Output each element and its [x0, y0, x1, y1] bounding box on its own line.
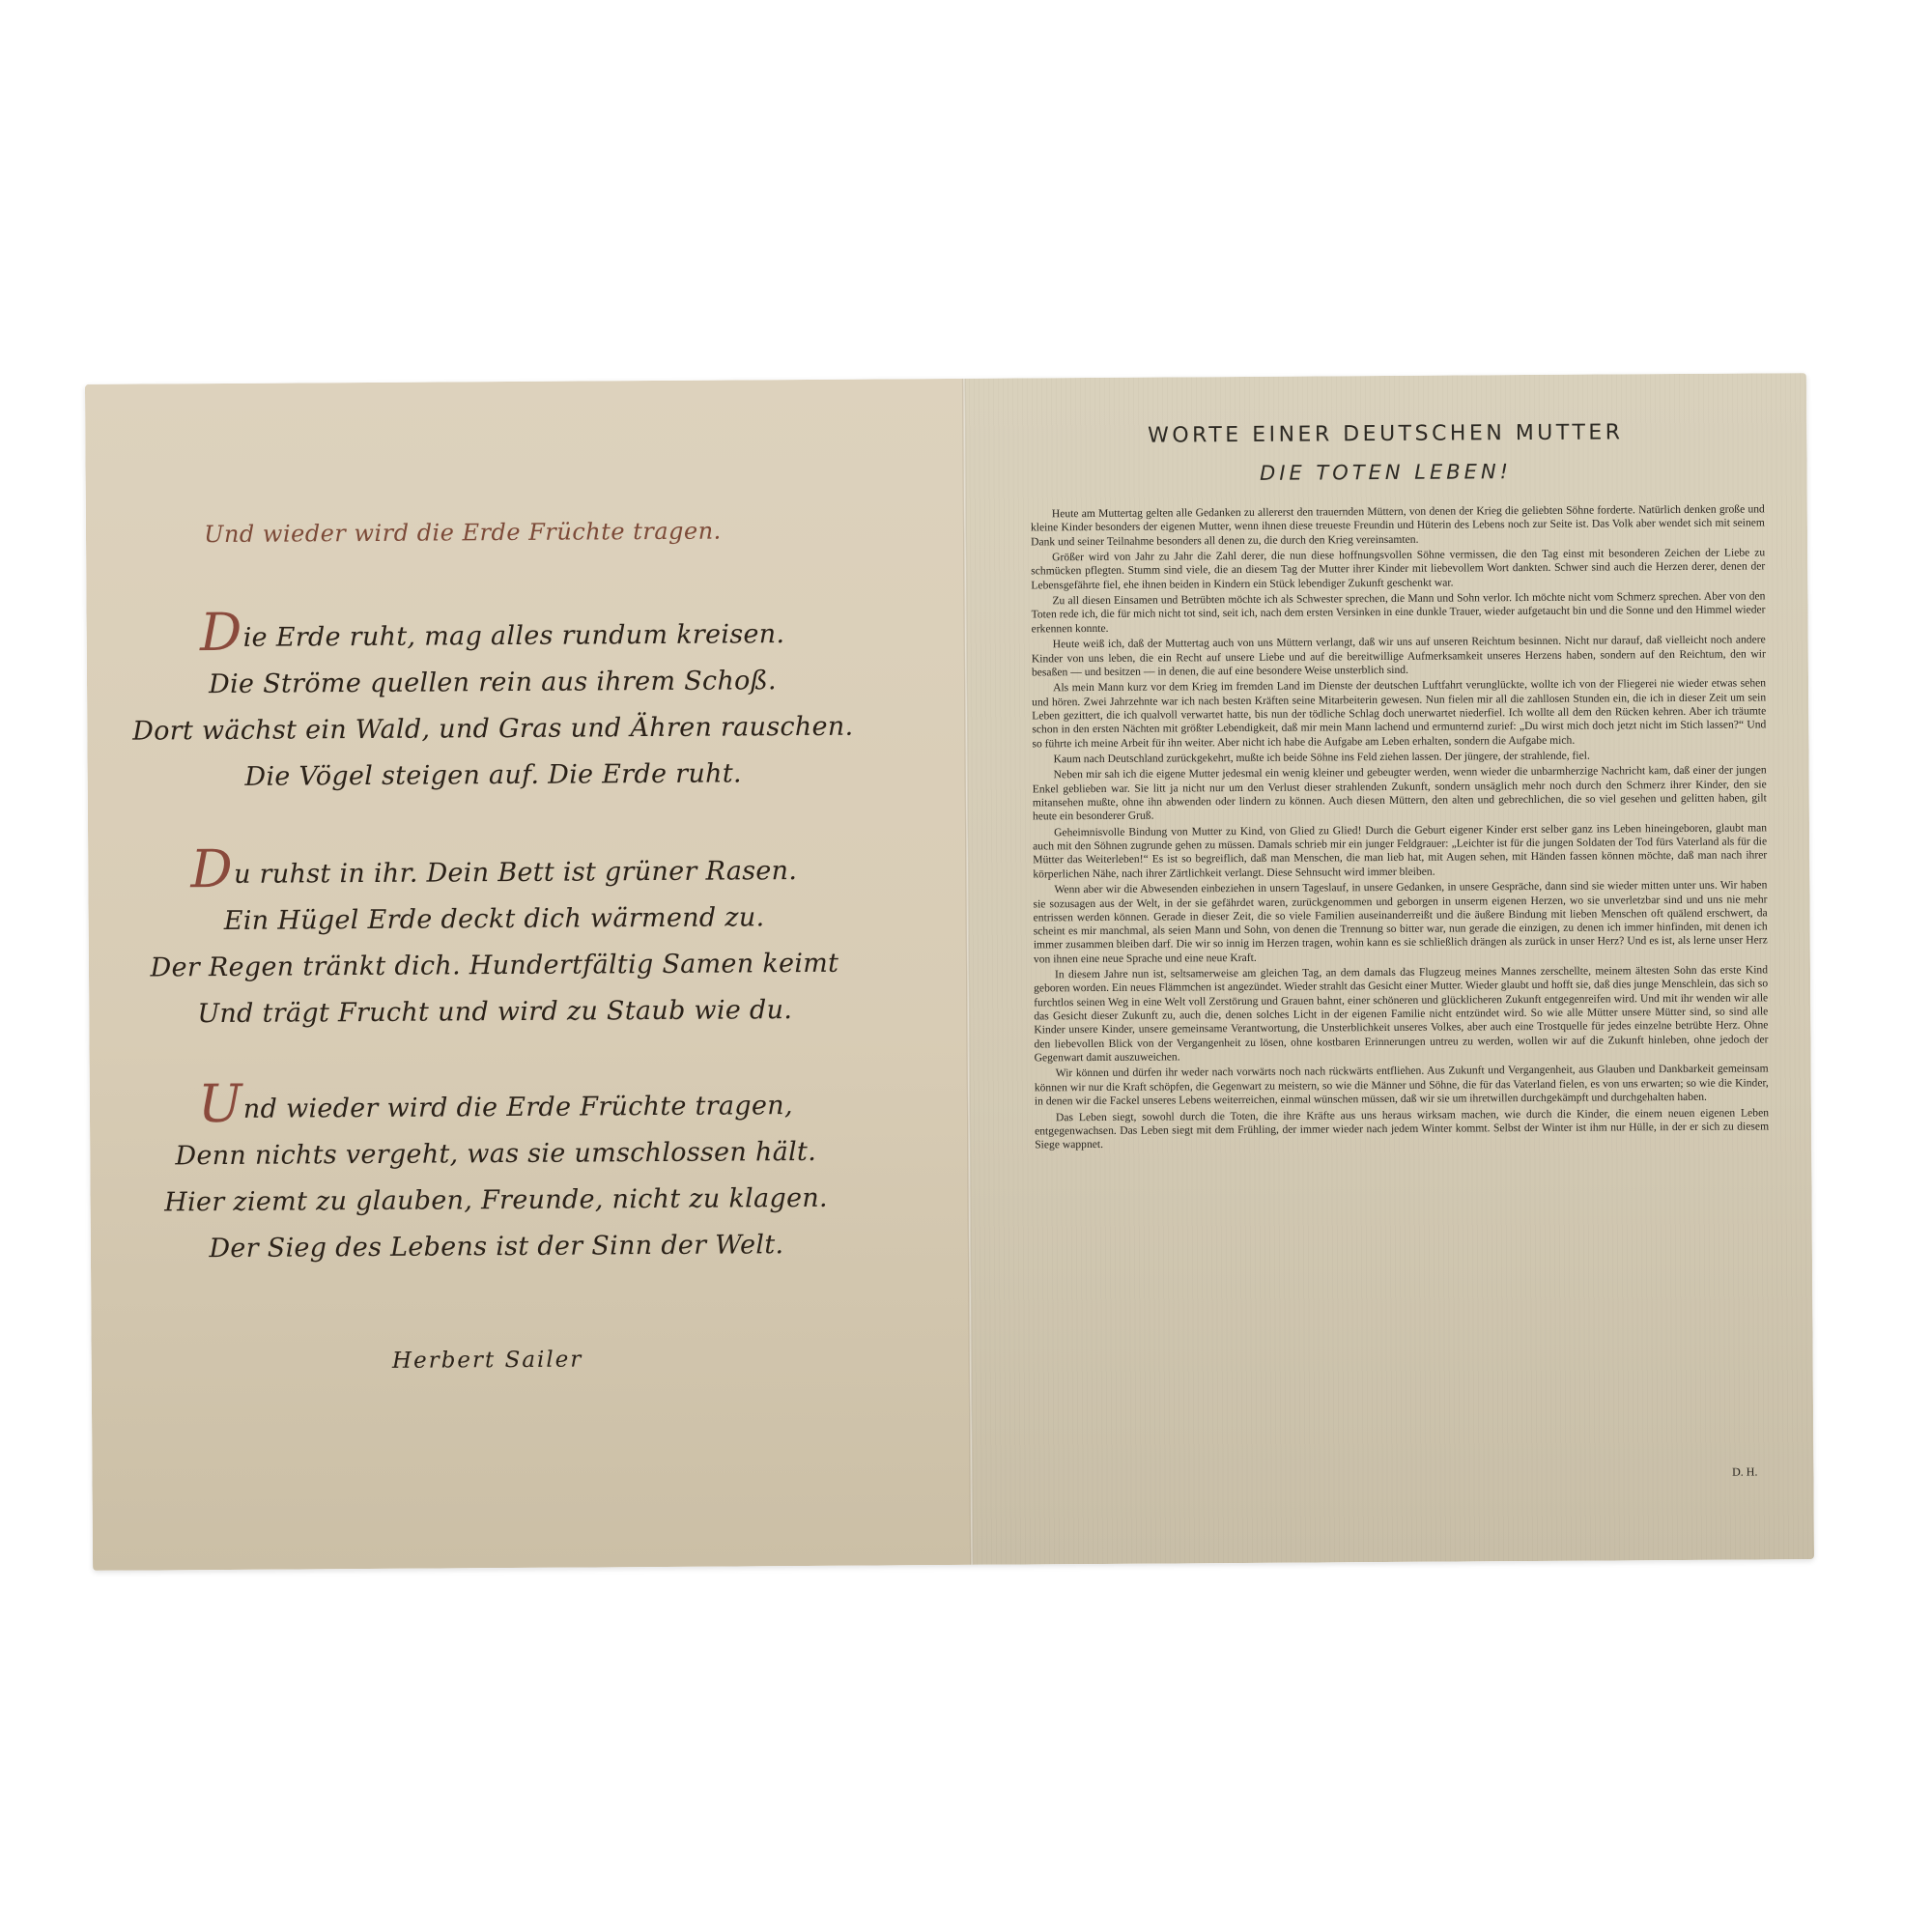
right-page-article: WORTE EINER DEUTSCHEN MUTTER DIE TOTEN L… — [964, 373, 1814, 1565]
verse-line: Und trägt Frucht und wird zu Staub wie d… — [89, 986, 900, 1038]
article-paragraph: Als mein Mann kurz vor dem Krieg im frem… — [1032, 677, 1766, 752]
article-paragraph: Heute weiß ich, daß der Muttertag auch v… — [1032, 634, 1766, 680]
left-page-poem: Und wieder wird die Erde Früchte tragen.… — [85, 379, 972, 1571]
article-paragraph: Wir können und dürfen ihr weder nach vor… — [1035, 1063, 1769, 1109]
article-paragraph: In diesem Jahre nun ist, seltsamerweise … — [1034, 964, 1769, 1065]
stanza-1: Die Erde ruht, mag alles rundum kreisen.… — [87, 611, 899, 802]
article-subheading: DIE TOTEN LEBEN! — [965, 458, 1807, 487]
article-paragraph: Neben mir sah ich die eigene Mutter jede… — [1033, 764, 1767, 824]
article-paragraph: Das Leben siegt, sowohl durch die Toten,… — [1035, 1106, 1769, 1152]
verse-line: Dort wächst ein Wald, und Gras und Ähren… — [87, 703, 898, 755]
folded-leaflet: Und wieder wird die Erde Früchte tragen.… — [85, 373, 1814, 1571]
red-initial-letter: D — [190, 838, 233, 899]
verse-line: Die Ströme quellen rein aus ihrem Schoß. — [87, 657, 898, 709]
verse-text: ie Erde ruht, mag alles rundum kreisen. — [243, 619, 785, 653]
poem-author: Herbert Sailer — [92, 1345, 884, 1375]
poem-title: Und wieder wird die Erde Früchte tragen. — [86, 517, 839, 549]
verse-line: Hier ziemt zu glauben, Freunde, nicht zu… — [90, 1175, 901, 1227]
article-paragraph: Größer wird von Jahr zu Jahr die Zahl de… — [1031, 546, 1765, 592]
article-signature: D. H. — [1732, 1464, 1757, 1479]
verse-line: Die Vögel steigen auf. Die Erde ruht. — [87, 750, 898, 802]
article-body: Heute am Muttertag gelten alle Gedanken … — [1031, 502, 1769, 1154]
stanza-3: Und wieder wird die Erde Früchte tragen,… — [90, 1082, 902, 1273]
red-initial-letter: U — [198, 1073, 242, 1134]
verse-line: Die Erde ruht, mag alles rundum kreisen. — [87, 611, 898, 663]
article-paragraph: Zu all diesen Einsamen und Betrübten möc… — [1031, 590, 1765, 637]
verse-text: nd wieder wird die Erde Früchte tragen, — [243, 1091, 793, 1124]
verse-text: u ruhst in ihr. Dein Bett ist grüner Ras… — [234, 856, 797, 890]
article-paragraph: Heute am Muttertag gelten alle Gedanken … — [1031, 502, 1765, 549]
article-paragraph: Wenn aber wir die Abwesenden einbeziehen… — [1033, 879, 1768, 967]
verse-line: Du ruhst in ihr. Dein Bett ist grüner Ra… — [88, 847, 899, 899]
red-initial-letter: D — [200, 602, 242, 663]
article-heading: WORTE EINER DEUTSCHEN MUTTER — [964, 419, 1806, 449]
verse-line: Denn nichts vergeht, was sie umschlossen… — [90, 1128, 901, 1180]
stanza-2: Du ruhst in ihr. Dein Bett ist grüner Ra… — [88, 847, 900, 1038]
article-paragraph: Geheimnisvolle Bindung von Mutter zu Kin… — [1033, 821, 1767, 881]
verse-line: Der Regen tränkt dich. Hundertfältig Sam… — [89, 940, 900, 992]
verse-line: Und wieder wird die Erde Früchte tragen, — [90, 1082, 901, 1134]
verse-line: Ein Hügel Erde deckt dich wärmend zu. — [88, 894, 899, 946]
verse-line: Der Sieg des Lebens ist der Sinn der Wel… — [91, 1221, 902, 1273]
